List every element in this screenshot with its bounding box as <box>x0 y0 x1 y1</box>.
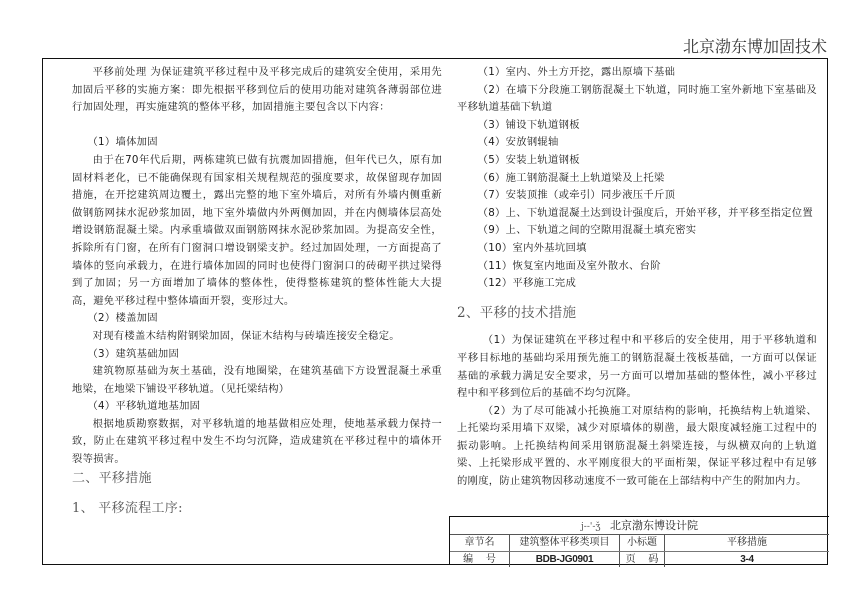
step-5: （5）安装上轨道钢板 <box>457 152 817 170</box>
step-1: （1）室内、外土方开挖，露出原墙下基础 <box>457 64 817 82</box>
step-8: （8）上、下轨道混凝土达到设计强度后，开始平移，并平移至指定位置 <box>457 205 817 223</box>
step-4: （4）安放钢辊轴 <box>457 134 817 152</box>
item-title-floor: （2）楼盖加固 <box>72 310 442 328</box>
company-logo-icon: j--'-ǯ <box>581 522 600 532</box>
step-10: （10）室内外基坑回填 <box>457 240 817 258</box>
item-body-foundation: 建筑物原基础为灰土基础，没有地圈梁，在建筑基础下方设置混凝土承重地梁，在地梁下铺… <box>72 363 442 398</box>
header-brand: 北京渤东博加固技术 <box>683 34 827 57</box>
section2-heading: 2、平移的技术措施 <box>457 305 817 323</box>
step-7: （7）安装顶推（或牵引）同步液压千斤顶 <box>457 187 817 205</box>
item-title-wall: （1）墙体加固 <box>72 134 442 152</box>
item-body-wall: 由于在70年代后期，两栋建筑已做有抗震加固措施，但年代已久，原有加固材料老化，已… <box>72 152 442 310</box>
intro-paragraph: 平移前处理 为保证建筑平移过程中及平移完成后的建筑安全使用，采用先加固后平移的实… <box>72 64 442 117</box>
item-title-track-base: （4）平移轨道地基加固 <box>72 398 442 416</box>
section-heading: 二、平移措施 <box>72 469 442 489</box>
step-2: （2）在墙下分段施工钢筋混凝土下轨道，同时施工室外新地下室基础及平移轨道基础下轨… <box>457 82 817 117</box>
page-label: 页 码 <box>620 552 665 568</box>
chapter-label: 章节名 <box>450 535 510 551</box>
title-block-row-chapter: 章节名 建筑整体平移类项目 小标题 平移措施 <box>450 535 829 552</box>
left-column: 平移前处理 为保证建筑平移过程中及平移完成后的建筑安全使用，采用先加固后平移的实… <box>72 64 442 519</box>
technical-paragraph-2: （2）为了尽可能减小托换施工对原结构的影响，托换结构上轨道梁、上托梁均采用墙下双… <box>457 403 817 491</box>
subtitle-value: 平移措施 <box>665 535 829 551</box>
title-block-header: j--'-ǯ 北京渤东博设计院 <box>450 517 829 535</box>
company-name: 北京渤东博设计院 <box>610 519 698 532</box>
subtitle-label: 小标题 <box>620 535 665 551</box>
technical-paragraph-1: （1）为保证建筑在平移过程中和平移后的安全使用，用于平移轨道和平移目标地的基础均… <box>457 332 817 402</box>
page-value: 3-4 <box>665 552 829 568</box>
title-block: j--'-ǯ 北京渤东博设计院 章节名 建筑整体平移类项目 小标题 平移措施 编… <box>449 516 829 565</box>
number-value: BDB-JG0901 <box>510 552 620 568</box>
number-label: 编 号 <box>450 552 510 568</box>
item-body-floor: 对现有楼盖木结构附钢梁加固，保证木结构与砖墙连接安全稳定。 <box>72 328 442 346</box>
step-6: （6）施工钢筋混凝土上轨道梁及上托梁 <box>457 170 817 188</box>
step-3: （3）铺设下轨道钢板 <box>457 117 817 135</box>
step-11: （11）恢复室内地面及室外散水、台阶 <box>457 258 817 276</box>
title-block-row-number: 编 号 BDB-JG0901 页 码 3-4 <box>450 552 829 568</box>
item-title-foundation: （3）建筑基础加固 <box>72 346 442 364</box>
step-12: （12）平移施工完成 <box>457 275 817 293</box>
right-column: （1）室内、外土方开挖，露出原墙下基础 （2）在墙下分段施工钢筋混凝土下轨道，同… <box>457 64 817 491</box>
item-body-track-base: 根据地质勘察数据，对平移轨道的地基做相应处理，使地基承载力保持一致，防止在建筑平… <box>72 416 442 469</box>
subsection-heading: 1、 平移流程工序: <box>72 499 442 519</box>
chapter-value: 建筑整体平移类项目 <box>510 535 620 551</box>
step-9: （9）上、下轨道之间的空隙用混凝土填充密实 <box>457 222 817 240</box>
